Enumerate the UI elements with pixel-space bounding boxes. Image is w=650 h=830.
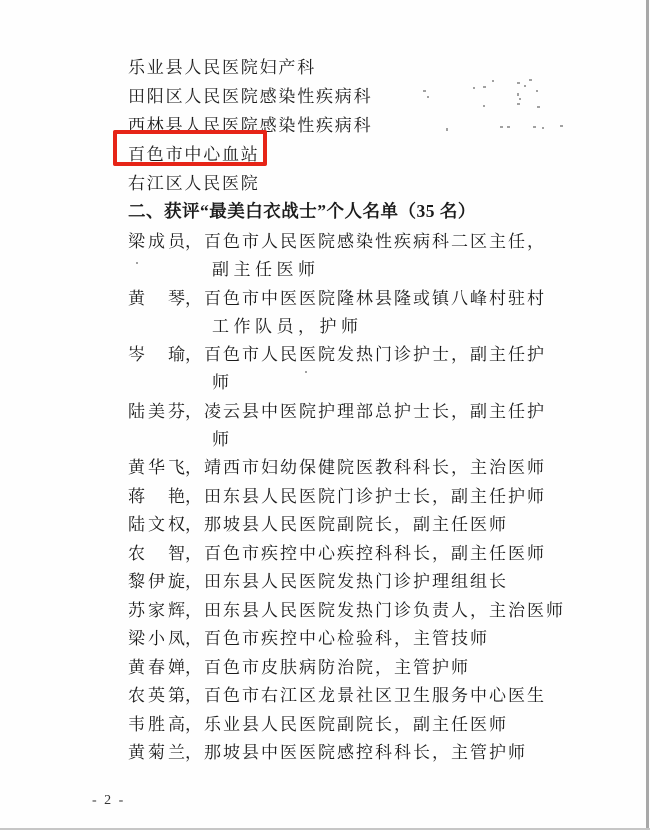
scan-speck: [492, 80, 494, 82]
scan-speck: [473, 87, 475, 89]
entry-description: ，百色市疾控中心疾控科科长，副主任医师: [185, 544, 546, 563]
org-list-item-highlighted: 百色市中心血站: [128, 144, 260, 166]
entry-description: ，凌云县中医院护理部总护士长，副主任护: [185, 402, 546, 421]
entry-person-name: 农英第: [128, 685, 185, 707]
scan-speck: [208, 632, 210, 634]
entry-line: 黄琴，百色市中医医院隆林县隆或镇八峰村驻村: [128, 288, 546, 310]
scan-speck: [533, 126, 536, 128]
scan-speck: [560, 125, 563, 127]
entry-description: ，百色市人民医院发热门诊护士，副主任护: [185, 345, 546, 364]
scan-speck: [136, 262, 138, 264]
scan-speck: [423, 90, 426, 92]
section-heading: 二、获评“最美白衣战士”个人名单（35 名）: [128, 200, 476, 222]
scan-speck: [517, 93, 519, 96]
entry-person-name: 黄菊兰: [128, 742, 185, 764]
entry-continuation: 工作队员，护师: [212, 316, 363, 338]
scan-speck: [500, 126, 503, 128]
entry-person-name: 梁小凤: [128, 628, 185, 650]
entry-description: ，田东县人民医院发热门诊护理组组长: [185, 572, 508, 591]
entry-continuation: 师: [212, 429, 234, 451]
entry-description: ，乐业县人民医院副院长，副主任医师: [185, 715, 508, 734]
entry-line: 梁小凤，百色市疾控中心检验科，主管技师: [128, 628, 489, 650]
entry-person-name: 黄华飞: [128, 457, 185, 479]
scan-speck: [446, 128, 448, 131]
scan-speck: [542, 127, 544, 129]
entry-description: ，那坡县人民医院副院长，副主任医师: [185, 515, 508, 534]
entry-line: 农英第，百色市右江区龙景社区卫生服务中心医生: [128, 685, 546, 707]
scan-speck: [507, 126, 510, 128]
entry-person-name: 黄春婵: [128, 657, 185, 679]
org-list-item: 右江区人民医院: [128, 173, 260, 195]
entry-description: ，田东县人民医院发热门诊负责人，主治医师: [185, 601, 565, 620]
scan-speck: [483, 86, 486, 88]
entry-description: ，那坡县中医医院感控科科长，主管护师: [185, 743, 527, 762]
scan-speck: [529, 79, 532, 81]
entry-person-name: 韦胜高: [128, 714, 185, 736]
scan-speck: [517, 103, 520, 105]
entry-description: ，百色市中医医院隆林县隆或镇八峰村驻村: [185, 289, 546, 308]
entry-line: 黄春婵，百色市皮肤病防治院，主管护师: [128, 657, 470, 679]
scan-speck: [537, 106, 540, 108]
scan-speck: [536, 90, 538, 92]
entry-description: ，靖西市妇幼保健院医教科科长，主治医师: [185, 458, 546, 477]
entry-description: ，百色市皮肤病防治院，主管护师: [185, 658, 470, 677]
entry-line: 梁成员，百色市人民医院感染性疾病科二区主任，: [128, 231, 546, 253]
org-list-item: 田阳区人民医院感染性疾病科: [128, 86, 372, 108]
entry-line: 黄菊兰，那坡县中医医院感控科科长，主管护师: [128, 742, 527, 764]
page-number: - 2 -: [92, 793, 125, 809]
entry-line: 陆文权，那坡县人民医院副院长，副主任医师: [128, 514, 508, 536]
scan-speck: [519, 98, 521, 100]
entry-person-name: 蒋艳: [128, 486, 185, 508]
entry-description: ，百色市右江区龙景社区卫生服务中心医生: [185, 686, 546, 705]
entry-line: 岑瑜，百色市人民医院发热门诊护士，副主任护: [128, 344, 546, 366]
scan-speck: [305, 371, 307, 373]
entry-line: 黎伊旋，田东县人民医院发热门诊护理组组长: [128, 571, 508, 593]
scan-speck: [483, 105, 485, 107]
entry-description: ，百色市人民医院感染性疾病科二区主任，: [185, 232, 546, 251]
entry-line: 韦胜高，乐业县人民医院副院长，副主任医师: [128, 714, 508, 736]
scan-speck: [517, 82, 520, 84]
entry-line: 苏家辉，田东县人民医院发热门诊负责人，主治医师: [128, 600, 565, 622]
entry-person-name: 苏家辉: [128, 600, 185, 622]
entry-description: ，百色市疾控中心检验科，主管技师: [185, 629, 489, 648]
scan-edge-right: [646, 0, 649, 830]
entry-line: 农智，百色市疾控中心疾控科科长，副主任医师: [128, 543, 546, 565]
entry-person-name: 陆美芬: [128, 401, 185, 423]
org-list-item: 乐业县人民医院妇产科: [128, 57, 316, 79]
entry-person-name: 梁成员: [128, 231, 185, 253]
entry-line: 陆美芬，凌云县中医院护理部总护士长，副主任护: [128, 401, 546, 423]
entry-description: ，田东县人民医院门诊护士长，副主任护师: [185, 487, 546, 506]
entry-person-name: 陆文权: [128, 514, 185, 536]
entry-continuation: 副主任医师: [212, 259, 320, 281]
entry-line: 蒋艳，田东县人民医院门诊护士长，副主任护师: [128, 486, 546, 508]
entry-person-name: 黎伊旋: [128, 571, 185, 593]
entry-person-name: 黄琴: [128, 288, 185, 310]
scan-speck: [524, 85, 526, 87]
scan-speck: [427, 96, 429, 98]
entry-person-name: 农智: [128, 543, 185, 565]
entry-line: 黄华飞，靖西市妇幼保健院医教科科长，主治医师: [128, 457, 546, 479]
entry-person-name: 岑瑜: [128, 344, 185, 366]
entry-continuation: 师: [212, 372, 234, 394]
